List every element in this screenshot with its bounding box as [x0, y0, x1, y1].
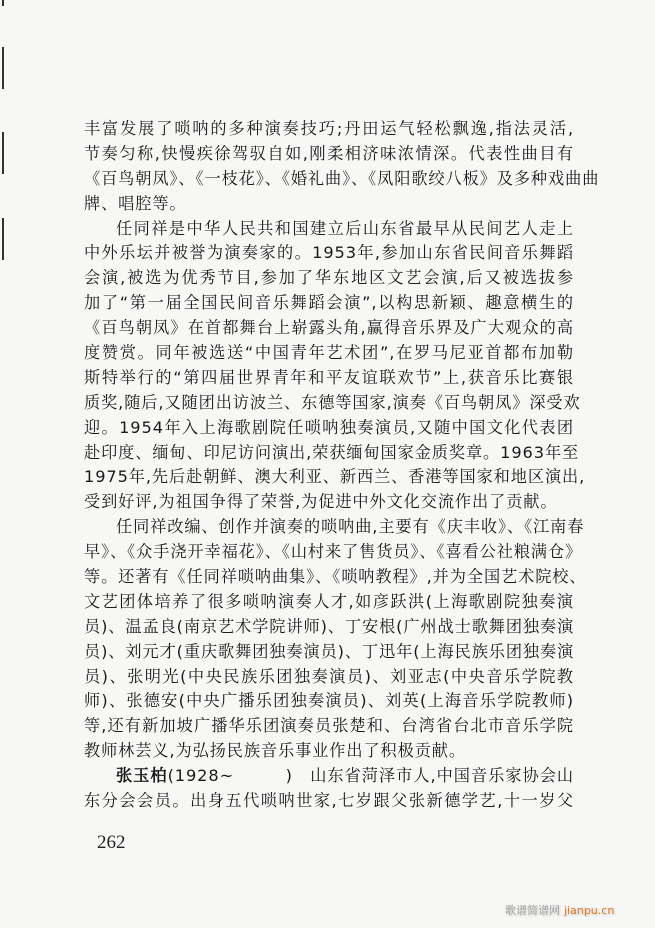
text-line: 《百鸟朝凤》在首都舞台上崭露头角,赢得音乐界及广大观众的高	[84, 316, 574, 341]
text-line: 文艺团体培养了很多唢呐演奏人才,如彦跃洪(上海歌剧院独奏演	[84, 590, 574, 615]
text-line: 质奖,随后,又随团出访波兰、东德等国家,演奏《百鸟朝凤》深受欢	[84, 391, 574, 416]
watermark-site-name: 歌谱简谱网	[505, 904, 560, 917]
text-line: 任同祥是中华人民共和国建立后山东省最早从民间艺人走上	[84, 217, 574, 242]
entry-line: 东分会会员。出身五代唢呐世家,七岁跟父张新德学艺,十一岁父	[84, 789, 574, 814]
text-line: 赴印度、缅甸、印尼访问演出,荣获缅甸国家金质奖章。1963年至	[84, 441, 574, 466]
text-line: 员)、张明光(中央民族乐团独奏演员)、刘亚志(中央音乐学院教	[84, 665, 574, 690]
watermark-url: jianpu.cn	[564, 904, 614, 917]
text-line: 员)、刘元才(重庆歌舞团独奏演员)、丁迅年(上海民族乐团独奏演	[84, 640, 574, 665]
entry-dates: (1928~ )	[168, 766, 293, 785]
text-lines: 丰富发展了唢呐的多种演奏技巧;丹田运气轻松飘逸,指法灵活,节奏匀称,快慢疾徐驾驭…	[84, 117, 574, 764]
text-line: 斯特举行的“第四届世界青年和平友谊联欢节”上,获音乐比赛银	[84, 366, 574, 391]
text-line: 师)、张德安(中央广播乐团独奏演员)、刘英(上海音乐学院教师)	[84, 689, 574, 714]
text-line: 度赞赏。同年被选送“中国青年艺术团”,在罗马尼亚首都布加勒	[84, 341, 574, 366]
text-line: 教师林芸义,为弘扬民族音乐事业作出了积极贡献。	[84, 739, 574, 764]
scan-artifact	[2, 218, 4, 260]
scan-artifact	[2, 0, 4, 6]
text-line: 加了“第一届全国民间音乐舞蹈会演”,以构思新颖、趣意横生的	[84, 291, 574, 316]
text-line: 丰富发展了唢呐的多种演奏技巧;丹田运气轻松飘逸,指法灵活,	[84, 117, 574, 142]
watermark: 歌谱简谱网jianpu.cn	[505, 902, 614, 918]
text-line: 受到好评,为祖国争得了荣誉,为促进中外文化交流作出了贡献。	[84, 490, 574, 515]
page-number: 262	[97, 832, 126, 854]
text-line: 中外乐坛并被誉为演奏家的。1953年,参加山东省民间音乐舞蹈	[84, 241, 574, 266]
text-line: 员)、温孟良(南京艺术学院讲师)、丁安根(广州战士歌舞团独奏演	[84, 615, 574, 640]
entry-heading-line: 张玉柏(1928~ ) 山东省菏泽市人,中国音乐家协会山	[84, 764, 574, 789]
page-body: 丰富发展了唢呐的多种演奏技巧;丹田运气轻松飘逸,指法灵活,节奏匀称,快慢疾徐驾驭…	[84, 117, 574, 814]
scan-artifact	[2, 132, 4, 174]
text-line: 早》、《众手浇开幸福花》、《山村来了售货员》、《喜看公社粮满仓》	[84, 540, 574, 565]
text-line: 迎。1954年入上海歌剧院任唢呐独奏演员,又随中国文化代表团	[84, 416, 574, 441]
text-line: 1975年,先后赴朝鲜、澳大利亚、新西兰、香港等国家和地区演出,	[84, 465, 574, 490]
scan-artifact	[2, 47, 4, 89]
text-line: 任同祥改编、创作并演奏的唢呐曲,主要有《庆丰收》、《江南春	[84, 515, 574, 540]
text-line: 会演,被选为优秀节目,参加了华东地区文艺会演,后又被选拔参	[84, 266, 574, 291]
text-line: 牌、唱腔等。	[84, 192, 574, 217]
text-line: 《百鸟朝凤》、《一枝花》、《婚礼曲》、《凤阳歌绞八板》及多种戏曲曲	[84, 167, 574, 192]
text-line: 等。还著有《任同祥唢呐曲集》、《唢呐教程》,并为全国艺术院校、	[84, 565, 574, 590]
entry-description: 山东省菏泽市人,中国音乐家协会山	[293, 766, 574, 785]
entry-name: 张玉柏	[116, 766, 168, 785]
text-line: 节奏匀称,快慢疾徐驾驭自如,刚柔相济味浓情深。代表性曲目有	[84, 142, 574, 167]
text-line: 等,还有新加坡广播华乐团演奏员张楚和、台湾省台北市音乐学院	[84, 714, 574, 739]
